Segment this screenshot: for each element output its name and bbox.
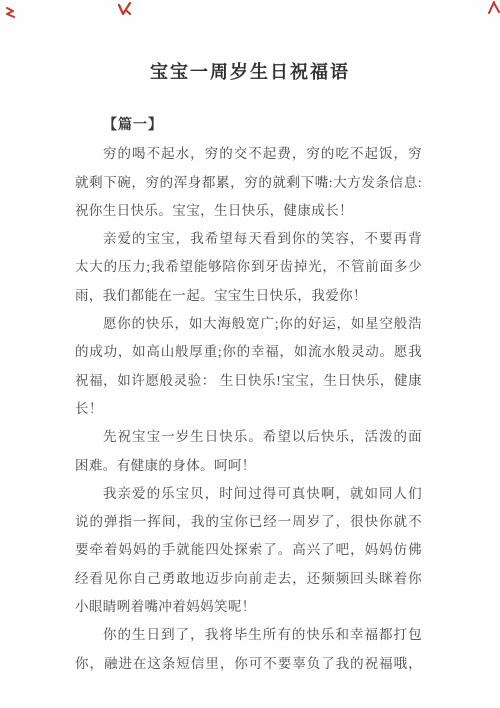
red-annotation-mark: [4, 6, 17, 21]
text-line: 要牵着妈妈的手就能四处探索了。高兴了吧，妈妈仿佛已: [75, 536, 422, 564]
text-line: 我亲爱的乐宝贝，时间过得可真快啊，就如同人们常: [75, 480, 422, 508]
text-line: 长！: [75, 395, 422, 423]
document-page: 宝宝一周岁生日祝福语 【篇一】 穷的喝不起水，穷的交不起费，穷的吃不起饭，穷的就…: [0, 0, 500, 708]
page-title: 宝宝一周岁生日祝福语: [0, 58, 500, 84]
red-annotation-mark: [487, 1, 500, 15]
text-line: 穷的喝不起水，穷的交不起费，穷的吃不起饭，穷的: [75, 140, 422, 168]
text-line: 雨，我们都能在一起。宝宝生日快乐，我爱你！: [75, 282, 422, 310]
text-line: 小眼睛咧着嘴冲着妈妈笑呢！: [75, 593, 422, 621]
text-line: 说的弹指一挥间，我的宝你已经一周岁了，很快你就不需: [75, 508, 422, 536]
text-line: 就剩下碗，穷的浑身都累，穷的就剩下嘴:大方发条信息:: [75, 169, 422, 197]
text-line: 祝福，如许愿般灵验： 生日快乐!宝宝，生日快乐，健康成: [75, 367, 422, 395]
text-line: 你，融进在这条短信里，你可不要辜负了我的祝福哦，又: [75, 650, 422, 678]
body-paragraphs: 穷的喝不起水，穷的交不起费，穷的吃不起饭，穷的就剩下碗，穷的浑身都累，穷的就剩下…: [75, 140, 422, 678]
text-line: 困难。有健康的身体。呵呵！: [75, 452, 422, 480]
section-label: 【篇一】: [75, 112, 422, 140]
red-annotation-mark: [117, 1, 132, 17]
text-line: 的成功，如高山般厚重;你的幸福，如流水般灵动。愿我的: [75, 338, 422, 366]
text-line: 太大的压力;我希望能够陪你到牙齿掉光，不管前面多少风: [75, 253, 422, 281]
text-line: 愿你的快乐，如大海般宽广;你的好运，如星空般浩瀚;你: [75, 310, 422, 338]
document-body: 【篇一】 穷的喝不起水，穷的交不起费，穷的吃不起饭，穷的就剩下碗，穷的浑身都累，…: [75, 112, 422, 678]
text-line: 亲爱的宝宝，我希望每天看到你的笑容，不要再背负: [75, 225, 422, 253]
text-line: 祝你生日快乐。宝宝，生日快乐，健康成长！: [75, 197, 422, 225]
text-line: 经看见你自己勇敢地迈步向前走去，还频频回头眯着你的: [75, 565, 422, 593]
text-line: 你的生日到了，我将毕生所有的快乐和幸福都打包给: [75, 621, 422, 649]
text-line: 先祝宝宝一岁生日快乐。希望以后快乐，活泼的面对: [75, 423, 422, 451]
